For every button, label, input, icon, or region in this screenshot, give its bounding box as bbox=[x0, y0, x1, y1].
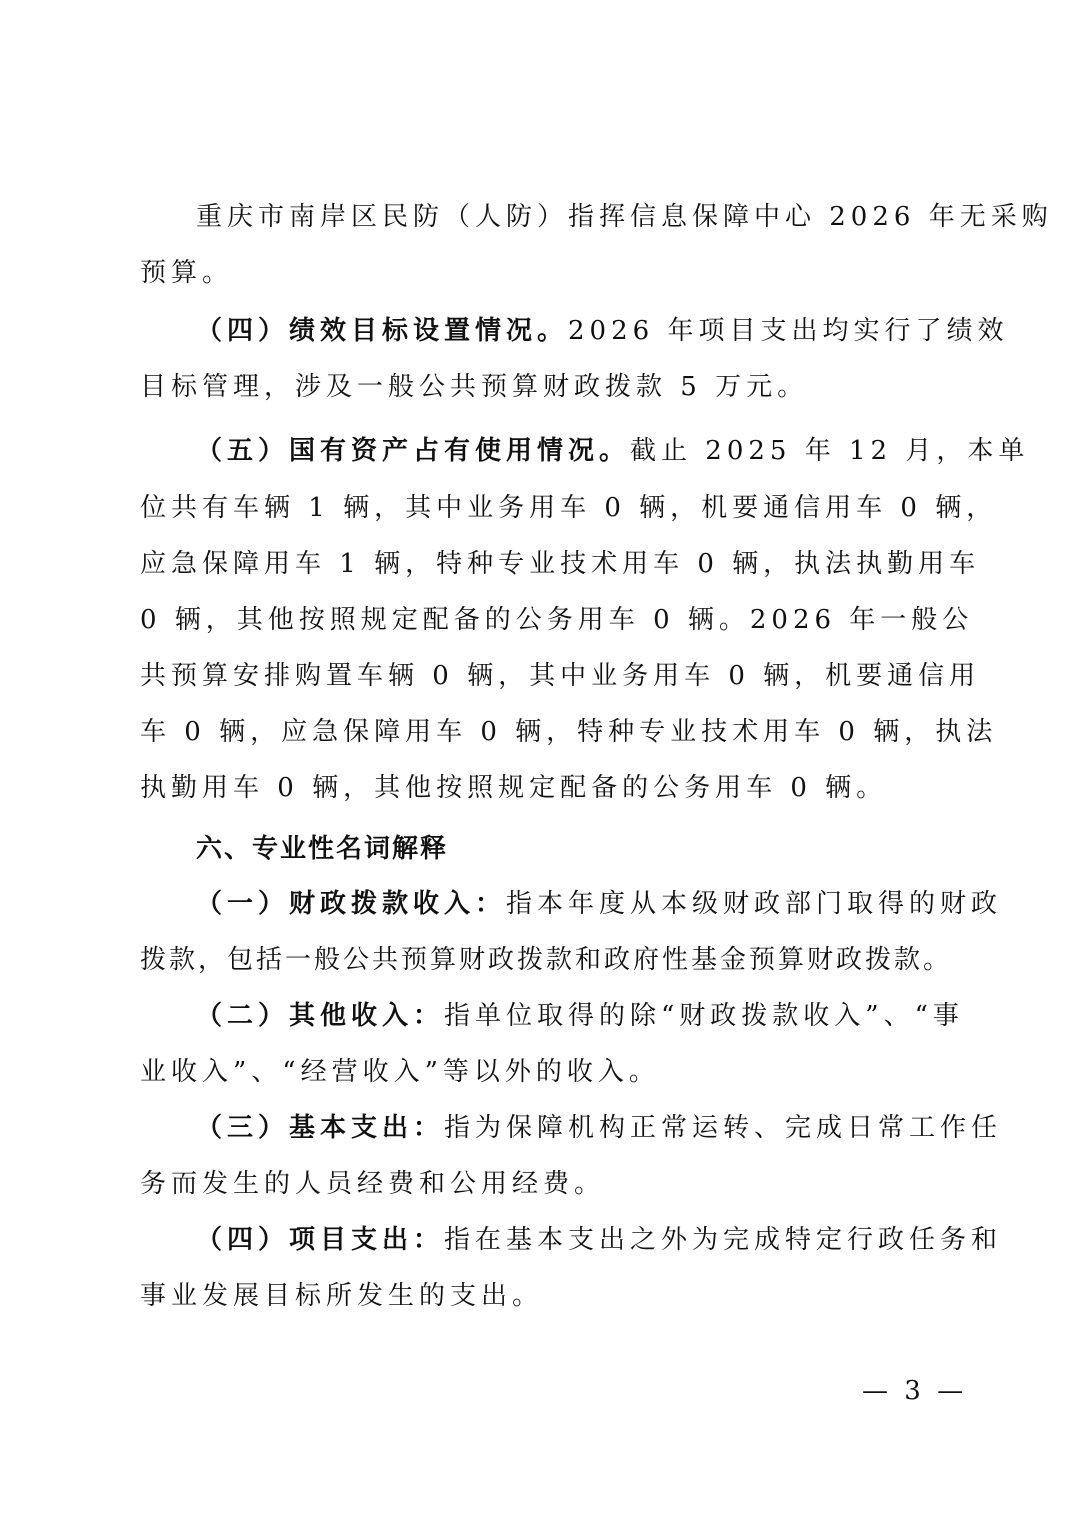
paragraph-line: （五）国有资产占有使用情况。截止 2025 年 12 月，本单 bbox=[196, 436, 940, 466]
page-number: — 3 — bbox=[862, 1376, 967, 1406]
definition-line: （四）项目支出：指在基本支出之外为完成特定行政任务和 bbox=[196, 1225, 940, 1255]
definition-term: （二）其他收入： bbox=[196, 1001, 444, 1031]
definition-line: 拨款，包括一般公共预算财政拨款和政府性基金预算财政拨款。 bbox=[140, 945, 940, 975]
definition-term: （三）基本支出： bbox=[196, 1113, 444, 1143]
definition-term: （四）项目支出： bbox=[196, 1225, 444, 1255]
paragraph-lead: （四）绩效目标设置情况。 bbox=[196, 316, 568, 346]
definition-term: （一）财政拨款收入： bbox=[196, 889, 506, 919]
paragraph-line: 重庆市南岸区民防（人防）指挥信息保障中心 2026 年无采购 bbox=[196, 202, 940, 232]
paragraph-line: 应急保障用车 1 辆，特种专业技术用车 0 辆，执法执勤用车 bbox=[140, 549, 940, 579]
paragraph-line: 位共有车辆 1 辆，其中业务用车 0 辆，机要通信用车 0 辆， bbox=[140, 493, 940, 523]
definition-line: （一）财政拨款收入：指本年度从本级财政部门取得的财政 bbox=[196, 889, 940, 919]
section-heading: 六、专业性名词解释 bbox=[196, 834, 940, 864]
paragraph-line: （四）绩效目标设置情况。2026 年项目支出均实行了绩效 bbox=[196, 316, 940, 346]
definition-line: 业收入”、“经营收入”等以外的收入。 bbox=[140, 1057, 940, 1087]
paragraph-line: 0 辆，其他按照规定配备的公务用车 0 辆。2026 年一般公 bbox=[140, 605, 940, 635]
paragraph-line: 车 0 辆，应急保障用车 0 辆，特种专业技术用车 0 辆，执法 bbox=[140, 717, 940, 747]
paragraph-line: 目标管理，涉及一般公共预算财政拨款 5 万元。 bbox=[140, 372, 940, 402]
definition-line: 务而发生的人员经费和公用经费。 bbox=[140, 1169, 940, 1199]
definition-line: （三）基本支出：指为保障机构正常运转、完成日常工作任 bbox=[196, 1113, 940, 1143]
paragraph-line: 执勤用车 0 辆，其他按照规定配备的公务用车 0 辆。 bbox=[140, 773, 940, 803]
paragraph-line: 预算。 bbox=[140, 258, 940, 288]
definition-line: （二）其他收入：指单位取得的除“财政拨款收入”、“事 bbox=[196, 1001, 940, 1031]
definition-line: 事业发展目标所发生的支出。 bbox=[140, 1281, 940, 1311]
paragraph-line: 共预算安排购置车辆 0 辆，其中业务用车 0 辆，机要通信用 bbox=[140, 661, 940, 691]
paragraph-lead: （五）国有资产占有使用情况。 bbox=[196, 436, 630, 466]
